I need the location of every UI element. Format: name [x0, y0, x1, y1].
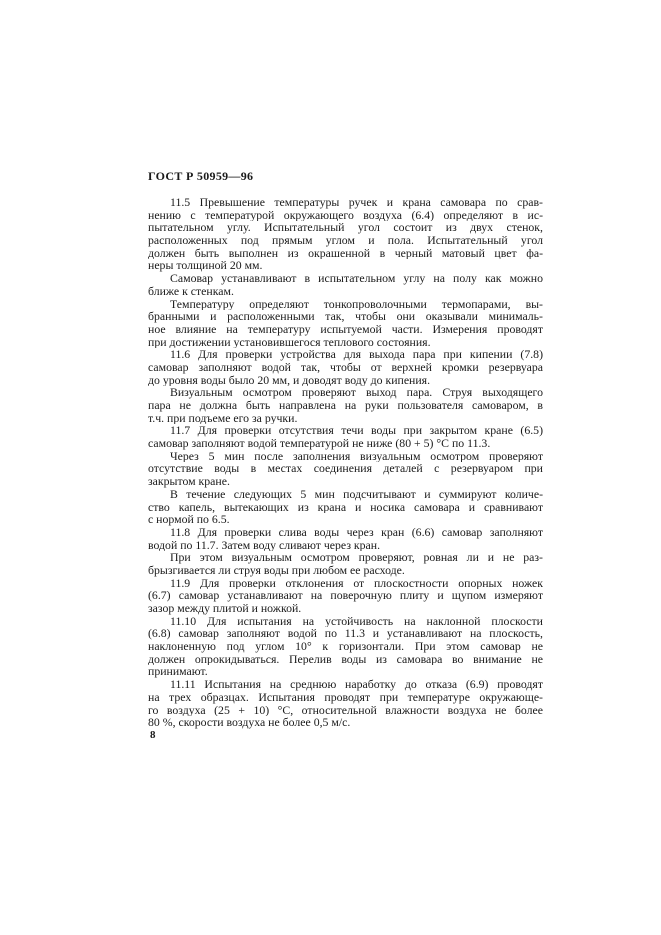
paragraph: Через 5 мин после заполнения визуальным … [148, 450, 543, 488]
text-line: 11.7 Для проверки отсутствия течи воды п… [148, 424, 543, 437]
paragraph: При этом визуальным осмотром проверяют, … [148, 551, 543, 576]
text-line: 11.9 Для проверки отклонения от плоскост… [148, 577, 543, 590]
text-line: закрытом кране. [148, 475, 543, 488]
paragraph: 11.5 Превышение температуры ручек и кран… [148, 196, 543, 272]
paragraph: В течение следующих 5 мин подсчитывают и… [148, 488, 543, 526]
text-line: 11.5 Превышение температуры ручек и кран… [148, 196, 543, 209]
text-line: ное влияние на температуру испытуемой ча… [148, 323, 543, 336]
text-line: Самовар устанавливают в испытательном уг… [148, 272, 543, 285]
text-line: водой по 11.7. Затем воду сливают через … [148, 539, 543, 552]
text-line: (6.7) самовар устанавливают на поверочну… [148, 589, 543, 602]
text-line: 80 %, скорости воздуха не более 0,5 м/с. [148, 716, 543, 729]
text-line: (6.8) самовар заполняют водой по 11.3 и … [148, 627, 543, 640]
text-line: пара не должна быть направлена на руки п… [148, 399, 543, 412]
text-line: самовар заполняют водой так, чтобы от ве… [148, 361, 543, 374]
text-line: самовар заполняют водой температурой не … [148, 437, 543, 450]
text-line: до уровня воды было 20 мм, и доводят вод… [148, 374, 543, 387]
text-line: принимают. [148, 665, 543, 678]
text-line: пытательном углу. Испытательный угол сос… [148, 221, 543, 234]
text-line: с нормой по 6.5. [148, 513, 543, 526]
text-line: го воздуха (25 + 10) °С, относительной в… [148, 704, 543, 717]
document-body: 11.5 Превышение температуры ручек и кран… [148, 196, 543, 729]
paragraph: Визуальным осмотром проверяют выход пара… [148, 386, 543, 424]
document-page: ГОСТ Р 50959—96 11.5 Превышение температ… [0, 0, 661, 935]
paragraph: 11.11 Испытания на среднюю наработку до … [148, 678, 543, 729]
text-line: 11.11 Испытания на среднюю наработку до … [148, 678, 543, 691]
text-line: при достижении установившегося теплового… [148, 336, 543, 349]
text-line: Температуру определяют тонкопроволочными… [148, 298, 543, 311]
paragraph: Самовар устанавливают в испытательном уг… [148, 272, 543, 297]
text-line: т.ч. при подъеме его за ручки. [148, 412, 543, 425]
text-line: должен быть выполнен из окрашенной в чер… [148, 247, 543, 260]
text-line: зазор между плитой и ножкой. [148, 602, 543, 615]
text-line: бранными и расположенными так, чтобы они… [148, 310, 543, 323]
text-line: ство капель, вытекающих из крана и носик… [148, 501, 543, 514]
paragraph: Температуру определяют тонкопроволочными… [148, 298, 543, 349]
text-line: 11.10 Для испытания на устойчивость на н… [148, 615, 543, 628]
text-line: 11.6 Для проверки устройства для выхода … [148, 348, 543, 361]
text-line: Визуальным осмотром проверяют выход пара… [148, 386, 543, 399]
document-header: ГОСТ Р 50959—96 [148, 169, 253, 184]
paragraph: 11.6 Для проверки устройства для выхода … [148, 348, 543, 386]
paragraph: 11.10 Для испытания на устойчивость на н… [148, 615, 543, 678]
text-line: наклоненную под углом 10° к горизонтали.… [148, 640, 543, 653]
paragraph: 11.9 Для проверки отклонения от плоскост… [148, 577, 543, 615]
text-line: неры толщиной 20 мм. [148, 259, 543, 272]
text-line: При этом визуальным осмотром проверяют, … [148, 551, 543, 564]
text-line: нению с температурой окружающего воздуха… [148, 209, 543, 222]
text-line: Через 5 мин после заполнения визуальным … [148, 450, 543, 463]
text-line: брызгивается ли струя воды при любом ее … [148, 564, 543, 577]
text-line: на трех образцах. Испытания проводят при… [148, 691, 543, 704]
text-line: должен опрокидываться. Перелив воды из с… [148, 653, 543, 666]
text-line: расположенных под прямым углом и пола. И… [148, 234, 543, 247]
text-line: В течение следующих 5 мин подсчитывают и… [148, 488, 543, 501]
text-line: 11.8 Для проверки слива воды через кран … [148, 526, 543, 539]
paragraph: 11.8 Для проверки слива воды через кран … [148, 526, 543, 551]
text-line: отсутствие воды в местах соединения дета… [148, 462, 543, 475]
page-number: 8 [150, 729, 156, 741]
text-line: ближе к стенкам. [148, 285, 543, 298]
paragraph: 11.7 Для проверки отсутствия течи воды п… [148, 424, 543, 449]
